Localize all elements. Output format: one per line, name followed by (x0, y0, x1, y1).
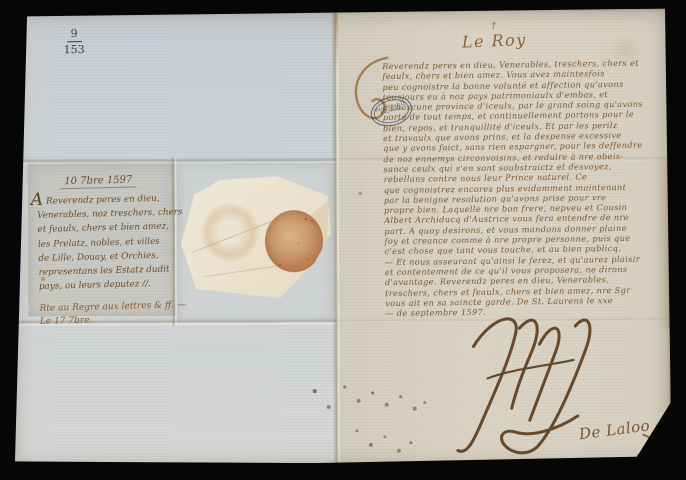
edge-stain (658, 159, 673, 329)
archive-number-bottom: 153 (57, 42, 91, 56)
wax-speckle (305, 218, 307, 220)
heading-text: Le Roy (461, 30, 527, 52)
red-stain (40, 275, 46, 282)
seal-stain (201, 203, 259, 261)
countersignature-paraph (623, 430, 666, 480)
archive-number: 9 153 (57, 27, 91, 56)
address-lines: A Reverendz peres en dieu, Venerables, n… (37, 191, 189, 294)
docket-block: 10 7bre 1597 A Reverendz peres en dieu, … (36, 166, 190, 329)
document-scan: 9 153 10 7bre 1597 A Reverendz peres en … (9, 9, 671, 470)
address-line: pays, ou leurs deputez //. (39, 276, 189, 294)
ink-spots (306, 378, 308, 380)
address-initial: A (31, 193, 44, 207)
corner-stain (605, 37, 645, 63)
scan-background: 9 153 10 7bre 1597 A Reverendz peres en … (0, 0, 686, 480)
receipt-note: Rte au Regre aux lettres & ff. — Le 17 7… (39, 299, 190, 329)
letter-heading: † Le Roy (439, 20, 550, 52)
royal-signature (435, 306, 596, 465)
docket-date: 10 7bre 1597 (60, 174, 136, 189)
archive-number-top: 9 (67, 27, 82, 42)
brown-stain (358, 191, 363, 196)
letter-body: Reverendz peres en dieu, Venerables, tre… (382, 57, 677, 318)
